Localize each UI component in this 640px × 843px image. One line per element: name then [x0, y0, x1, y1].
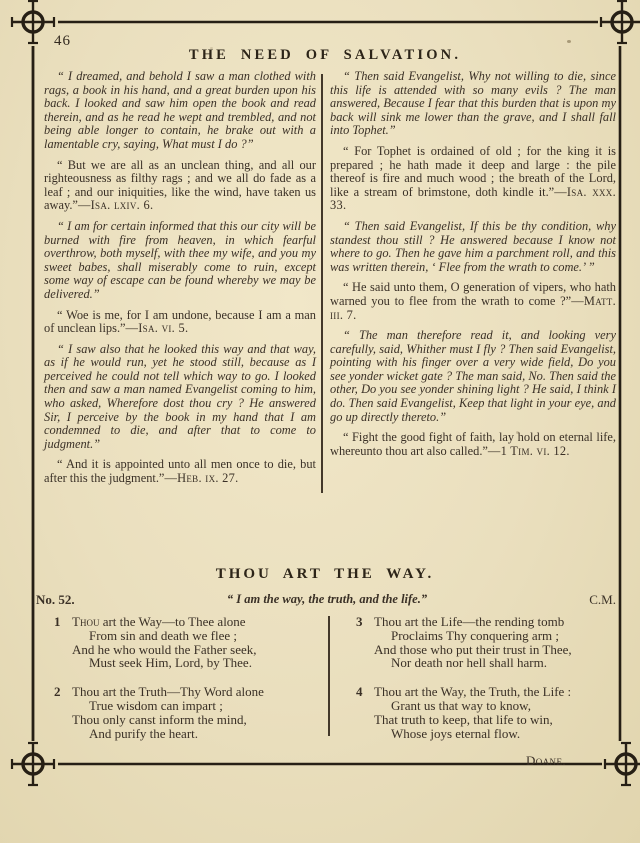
verse-line: And purify the heart.	[72, 727, 328, 741]
paragraph-text: “ Then said Evangelist, If this be thy c…	[330, 219, 616, 274]
hymn-meter: C.M.	[589, 592, 616, 608]
paragraph: “ Then said Evangelist, If this be thy c…	[330, 220, 616, 274]
verse-line: Nor death nor hell shall harm.	[374, 656, 618, 670]
paragraph-text: “ The man therefore read it, and looking…	[330, 328, 616, 424]
hymn-verse: 4Thou art the Way, the Truth, the Life :…	[342, 685, 618, 740]
paragraph: “ But we are all as an unclean thing, an…	[44, 159, 316, 213]
hymn-meta-row: No. 52. “ I am the way, the truth, and t…	[36, 592, 618, 608]
paragraph-text: “ Fight the good fight of faith, lay hol…	[330, 430, 616, 458]
scripture-citation: —Heb. ix. 27.	[164, 471, 238, 485]
hymn-attribution: Doane.	[342, 754, 618, 768]
hymn-verse: 2Thou art the Truth—Thy Word aloneTrue w…	[40, 685, 328, 740]
hymn-verse: 1Thou art the Way—to Thee aloneFrom sin …	[40, 615, 328, 670]
verse-number: 1	[54, 615, 61, 629]
verse-number: 2	[54, 685, 61, 699]
hymn-verses-section: 1Thou art the Way—to Thee aloneFrom sin …	[40, 615, 618, 768]
verse-line: And those who put their trust in Thee,	[374, 643, 618, 657]
prose-column-right: “ Then said Evangelist, Why not willing …	[330, 70, 616, 493]
scripture-citation: —Isa. vi. 5.	[126, 321, 189, 335]
paragraph: “ For Tophet is ordained of old ; for th…	[330, 145, 616, 213]
paragraph: “ Fight the good fight of faith, lay hol…	[330, 431, 616, 458]
verse-line: Must seek Him, Lord, by Thee.	[72, 656, 328, 670]
book-page: 46 THE NEED OF SALVATION. “ I dreamed, a…	[0, 0, 640, 843]
paragraph: “ The man therefore read it, and looking…	[330, 329, 616, 424]
paragraph: “ Woe is me, for I am undone, because I …	[44, 309, 316, 336]
verse-number: 4	[356, 685, 363, 699]
registration-cross-circle-icon	[12, 1, 54, 43]
verse-line: Thou art the Life—the rending tomb	[374, 615, 618, 629]
paragraph: “ I saw also that he looked this way and…	[44, 343, 316, 452]
verse-line: Proclaims Thy conquering arm ;	[374, 629, 618, 643]
verse-line: Thou art the Truth—Thy Word alone	[72, 685, 328, 699]
verse-line: And he who would the Father seek,	[72, 643, 328, 657]
paragraph: “ I dreamed, and behold I saw a man clot…	[44, 70, 316, 152]
verse-line: Thou art the Way—to Thee alone	[72, 615, 328, 629]
verses-column-left: 1Thou art the Way—to Thee aloneFrom sin …	[40, 615, 328, 768]
small-caps-word: Thou	[72, 614, 99, 629]
prose-section: “ I dreamed, and behold I saw a man clot…	[44, 70, 616, 493]
verse-line: Whose joys eternal flow.	[374, 727, 618, 741]
verses-column-right: 3Thou art the Life—the rending tombProcl…	[332, 615, 618, 768]
paragraph-text: “ I am for certain informed that this ou…	[44, 219, 316, 301]
verse-line: Grant us that way to know,	[374, 699, 618, 713]
verse-line: That truth to keep, that life to win,	[374, 713, 618, 727]
hymn-verse: 3Thou art the Life—the rending tombProcl…	[342, 615, 618, 670]
scripture-citation: —1 Tim. vi. 12.	[488, 444, 570, 458]
paragraph: “ And it is appointed unto all men once …	[44, 458, 316, 485]
page-title: THE NEED OF SALVATION.	[40, 47, 610, 64]
paragraph-text: “ I saw also that he looked this way and…	[44, 342, 316, 451]
verse-line: Thou only canst inform the mind,	[72, 713, 328, 727]
paragraph-text: “ I dreamed, and behold I saw a man clot…	[44, 69, 316, 151]
verses-divider-rule	[328, 616, 330, 736]
prose-column-left: “ I dreamed, and behold I saw a man clot…	[44, 70, 316, 493]
paragraph: “ Then said Evangelist, Why not willing …	[330, 70, 616, 138]
verse-line: True wisdom can impart ;	[72, 699, 328, 713]
paper-speck	[567, 40, 571, 43]
registration-cross-circle-icon	[601, 1, 640, 43]
scripture-citation: —Isa. lxiv. 6.	[78, 198, 153, 212]
paragraph-text: “ Then said Evangelist, Why not willing …	[330, 69, 616, 137]
hymn-title: THOU ART THE WAY.	[40, 566, 610, 583]
paragraph: “ I am for certain informed that this ou…	[44, 220, 316, 302]
verse-line: Thou art the Way, the Truth, the Life :	[374, 685, 618, 699]
verse-line: From sin and death we flee ;	[72, 629, 328, 643]
verse-number: 3	[356, 615, 363, 629]
column-divider-rule	[321, 74, 323, 493]
paragraph: “ He said unto them, O generation of vip…	[330, 281, 616, 322]
hymn-epigraph: “ I am the way, the truth, and the life.…	[36, 592, 618, 607]
